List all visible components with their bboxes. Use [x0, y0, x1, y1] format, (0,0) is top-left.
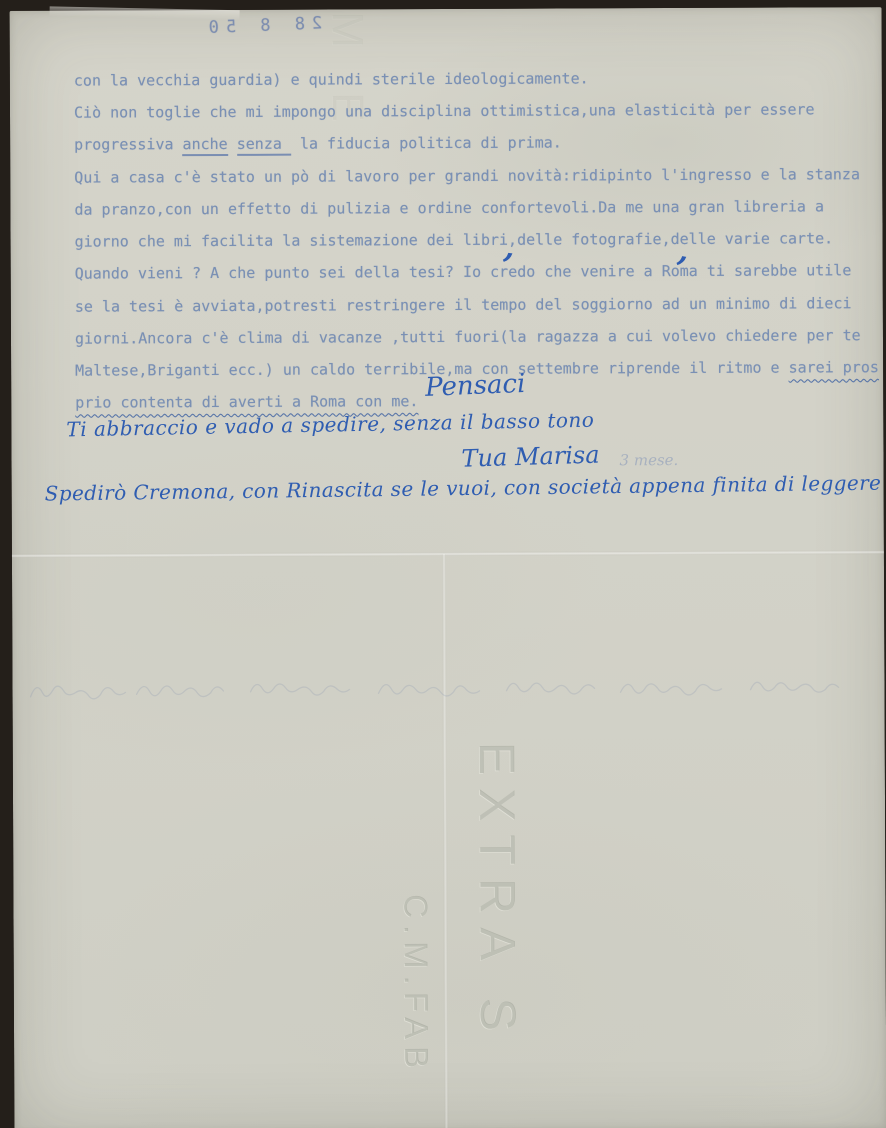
typed-text: se la tesi è avviata,potresti restringer… [75, 294, 852, 315]
watermark-extra-s: EXTRA S [468, 742, 527, 1044]
handwritten-closing-line: Ti abbraccio e vado a spedire, senza il … [66, 408, 594, 442]
typed-text: progressiva [74, 135, 182, 153]
scanned-letter-page: { "scan": { "mirrored_date_note": "28 8 … [0, 0, 886, 1128]
typed-line-4: Qui a casa c'è stato un pò di lavoro per… [74, 165, 874, 186]
typed-text: giorni.Ancora c'è clima di vacanze ,tutt… [75, 326, 861, 347]
handwritten-signature: Tua Marisa [461, 441, 600, 473]
typed-line-7: Quando vieni ? A che punto sei della tes… [75, 261, 875, 282]
underlined-word-senza: senza [237, 135, 291, 156]
typed-line-1: con la vecchia guardia) e quindi sterile… [74, 68, 874, 89]
mirrored-date-bleed-through: 28 8 50 [201, 13, 322, 38]
handwritten-postscript: Spedirò Cremona, con Rinascita se le vuo… [45, 470, 886, 505]
typed-text: la fiducia politica di prima. [291, 133, 562, 152]
typed-text: Quando vieni ? A che punto sei della tes… [75, 261, 852, 282]
typed-line-2: Ciò non toglie che mi impongo una discip… [74, 100, 874, 121]
typed-text [228, 135, 237, 153]
horizontal-fold-crease [12, 550, 884, 558]
handwritten-word-pensaci: Pensaci [425, 369, 526, 403]
typed-line-8: se la tesi è avviata,potresti restringer… [75, 294, 875, 315]
handwritten-faint-note: 3 mese. [619, 451, 678, 469]
underlined-phrase-contenta-roma: prio contenta di averti a Roma con me. [75, 392, 418, 412]
typed-text: Ciò non toglie che mi impongo una discip… [74, 100, 815, 121]
bleed-through-handwriting [24, 663, 880, 715]
vertical-fold-crease [442, 554, 449, 1128]
typed-text: giorno che mi facilita la sistemazione d… [75, 229, 834, 250]
underlined-phrase-sarei-pros: sarei pros [789, 358, 879, 377]
typed-text: Qui a casa c'è stato un pò di lavoro per… [74, 165, 860, 186]
typed-text: con la vecchia guardia) e quindi sterile… [74, 69, 589, 89]
typed-line-9: giorni.Ancora c'è clima di vacanze ,tutt… [75, 326, 875, 347]
watermark-cmfab: C.M.FAB [396, 894, 435, 1075]
typed-line-6: giorno che mi facilita la sistemazione d… [75, 229, 875, 250]
typed-line-5: da pranzo,con un effetto di pulizia e or… [74, 197, 874, 218]
underlined-word-anche: anche [182, 135, 227, 156]
letter-paper-sheet: 28 8 50 M E con la vecchia guardia) e qu… [10, 7, 886, 1128]
typed-line-3: progressiva anche senza la fiducia polit… [74, 132, 874, 153]
typed-text: da pranzo,con un effetto di pulizia e or… [74, 197, 824, 218]
